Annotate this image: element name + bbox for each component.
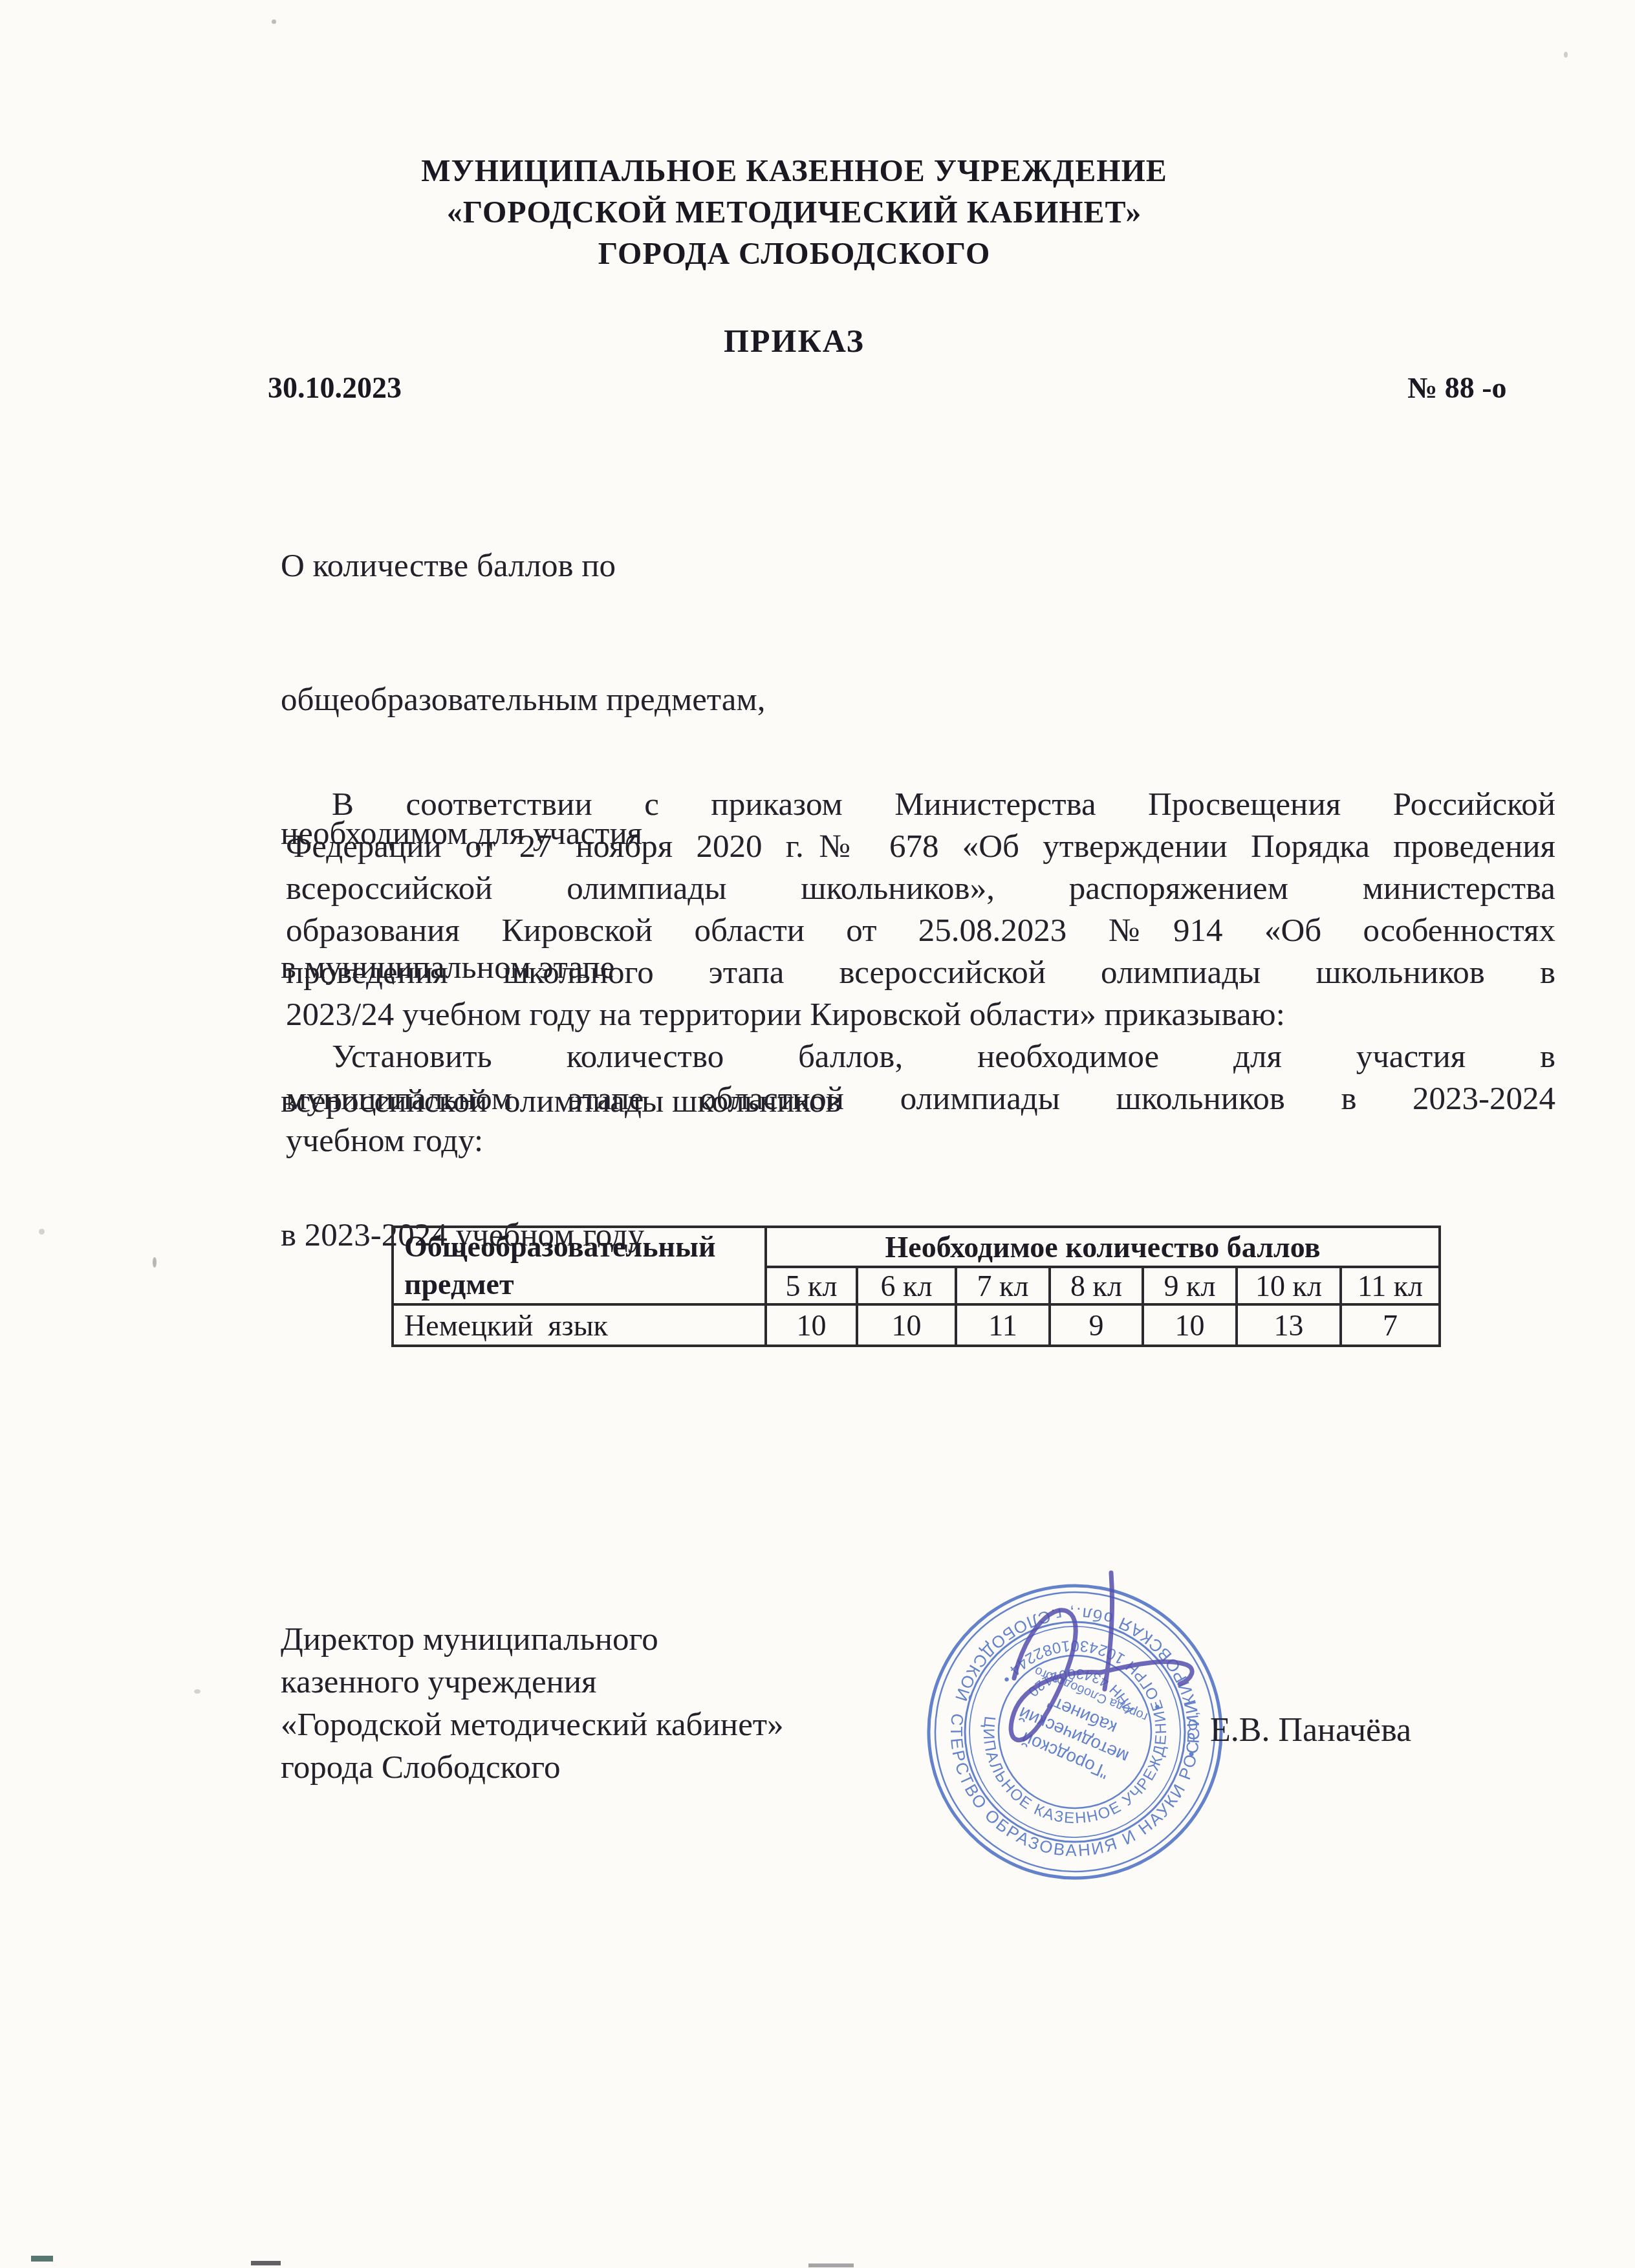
handwritten-signature <box>905 1539 1306 1811</box>
table-header-subject: Общеобразовательный предмет <box>393 1227 766 1304</box>
subject-line: общеобразовательным предметам, <box>281 678 992 722</box>
scan-edge-mark <box>31 2256 53 2262</box>
org-line: «ГОРОДСКОЙ МЕТОДИЧЕСКИЙ КАБИНЕТ» <box>264 192 1325 233</box>
doc-date: 30.10.2023 <box>268 369 402 407</box>
table-header-group: Необходимое количество баллов <box>766 1227 1440 1267</box>
scan-speck <box>272 19 276 24</box>
score-cell: 7 <box>1341 1304 1440 1346</box>
body-line: образования Кировской области от 25.08.2… <box>286 910 1555 952</box>
class-header: 8 кл <box>1050 1267 1143 1304</box>
score-cell: 10 <box>766 1304 857 1346</box>
subject-cell: Немецкий язык <box>393 1304 766 1346</box>
score-cell: 10 <box>857 1304 956 1346</box>
scores-table: Общеобразовательный предмет Необходимое … <box>391 1226 1441 1347</box>
body-line: Установить количество баллов, необходимо… <box>286 1036 1555 1078</box>
body-line: В соответствии с приказом Министерства П… <box>286 784 1555 826</box>
doc-type-title: ПРИКАЗ <box>264 319 1325 362</box>
organization-header: МУНИЦИПАЛЬНОЕ КАЗЕННОЕ УЧРЕЖДЕНИЕ «ГОРОД… <box>264 151 1325 275</box>
date-number-row: 30.10.2023 № 88 -о <box>0 369 1635 411</box>
class-header: 5 кл <box>766 1267 857 1304</box>
score-cell: 11 <box>956 1304 1050 1346</box>
body-line: всероссийской олимпиады школьников», рас… <box>286 868 1555 910</box>
class-header: 6 кл <box>857 1267 956 1304</box>
score-cell: 9 <box>1050 1304 1143 1346</box>
body-line: учебном году: <box>286 1120 1555 1162</box>
scan-edge-mark <box>808 2263 854 2267</box>
scanned-order-document: МУНИЦИПАЛЬНОЕ КАЗЕННОЕ УЧРЕЖДЕНИЕ «ГОРОД… <box>0 0 1635 2268</box>
scan-speck <box>194 1689 200 1694</box>
class-header: 9 кл <box>1143 1267 1237 1304</box>
scan-speck <box>1564 52 1568 58</box>
class-header: 7 кл <box>956 1267 1050 1304</box>
scan-speck <box>39 1229 45 1235</box>
body-line: проведения школьного этапа всероссийской… <box>286 952 1555 994</box>
body-text: В соответствии с приказом Министерства П… <box>286 784 1555 1162</box>
class-header: 11 кл <box>1341 1267 1440 1304</box>
signer-name: Е.В. Паначёва <box>1210 1711 1411 1749</box>
org-line: МУНИЦИПАЛЬНОЕ КАЗЕННОЕ УЧРЕЖДЕНИЕ <box>264 151 1325 192</box>
score-cell: 10 <box>1143 1304 1237 1346</box>
scan-speck <box>153 1257 157 1268</box>
subject-line: О количестве баллов по <box>281 544 992 589</box>
scan-edge-mark <box>251 2261 281 2265</box>
body-line: 2023/24 учебном году на территории Киров… <box>286 994 1555 1036</box>
body-line: Федерации от 27 ноября 2020 г.№ 678 «Об … <box>286 826 1555 868</box>
class-header: 10 кл <box>1237 1267 1341 1304</box>
body-line: муниципальном этапе областной олимпиады … <box>286 1078 1555 1120</box>
doc-number: № 88 -о <box>1407 369 1507 407</box>
org-line: ГОРОДА СЛОБОДСКОГО <box>264 233 1325 275</box>
table-row: Немецкий язык 10 10 11 9 10 13 7 <box>393 1304 1440 1346</box>
score-cell: 13 <box>1237 1304 1341 1346</box>
